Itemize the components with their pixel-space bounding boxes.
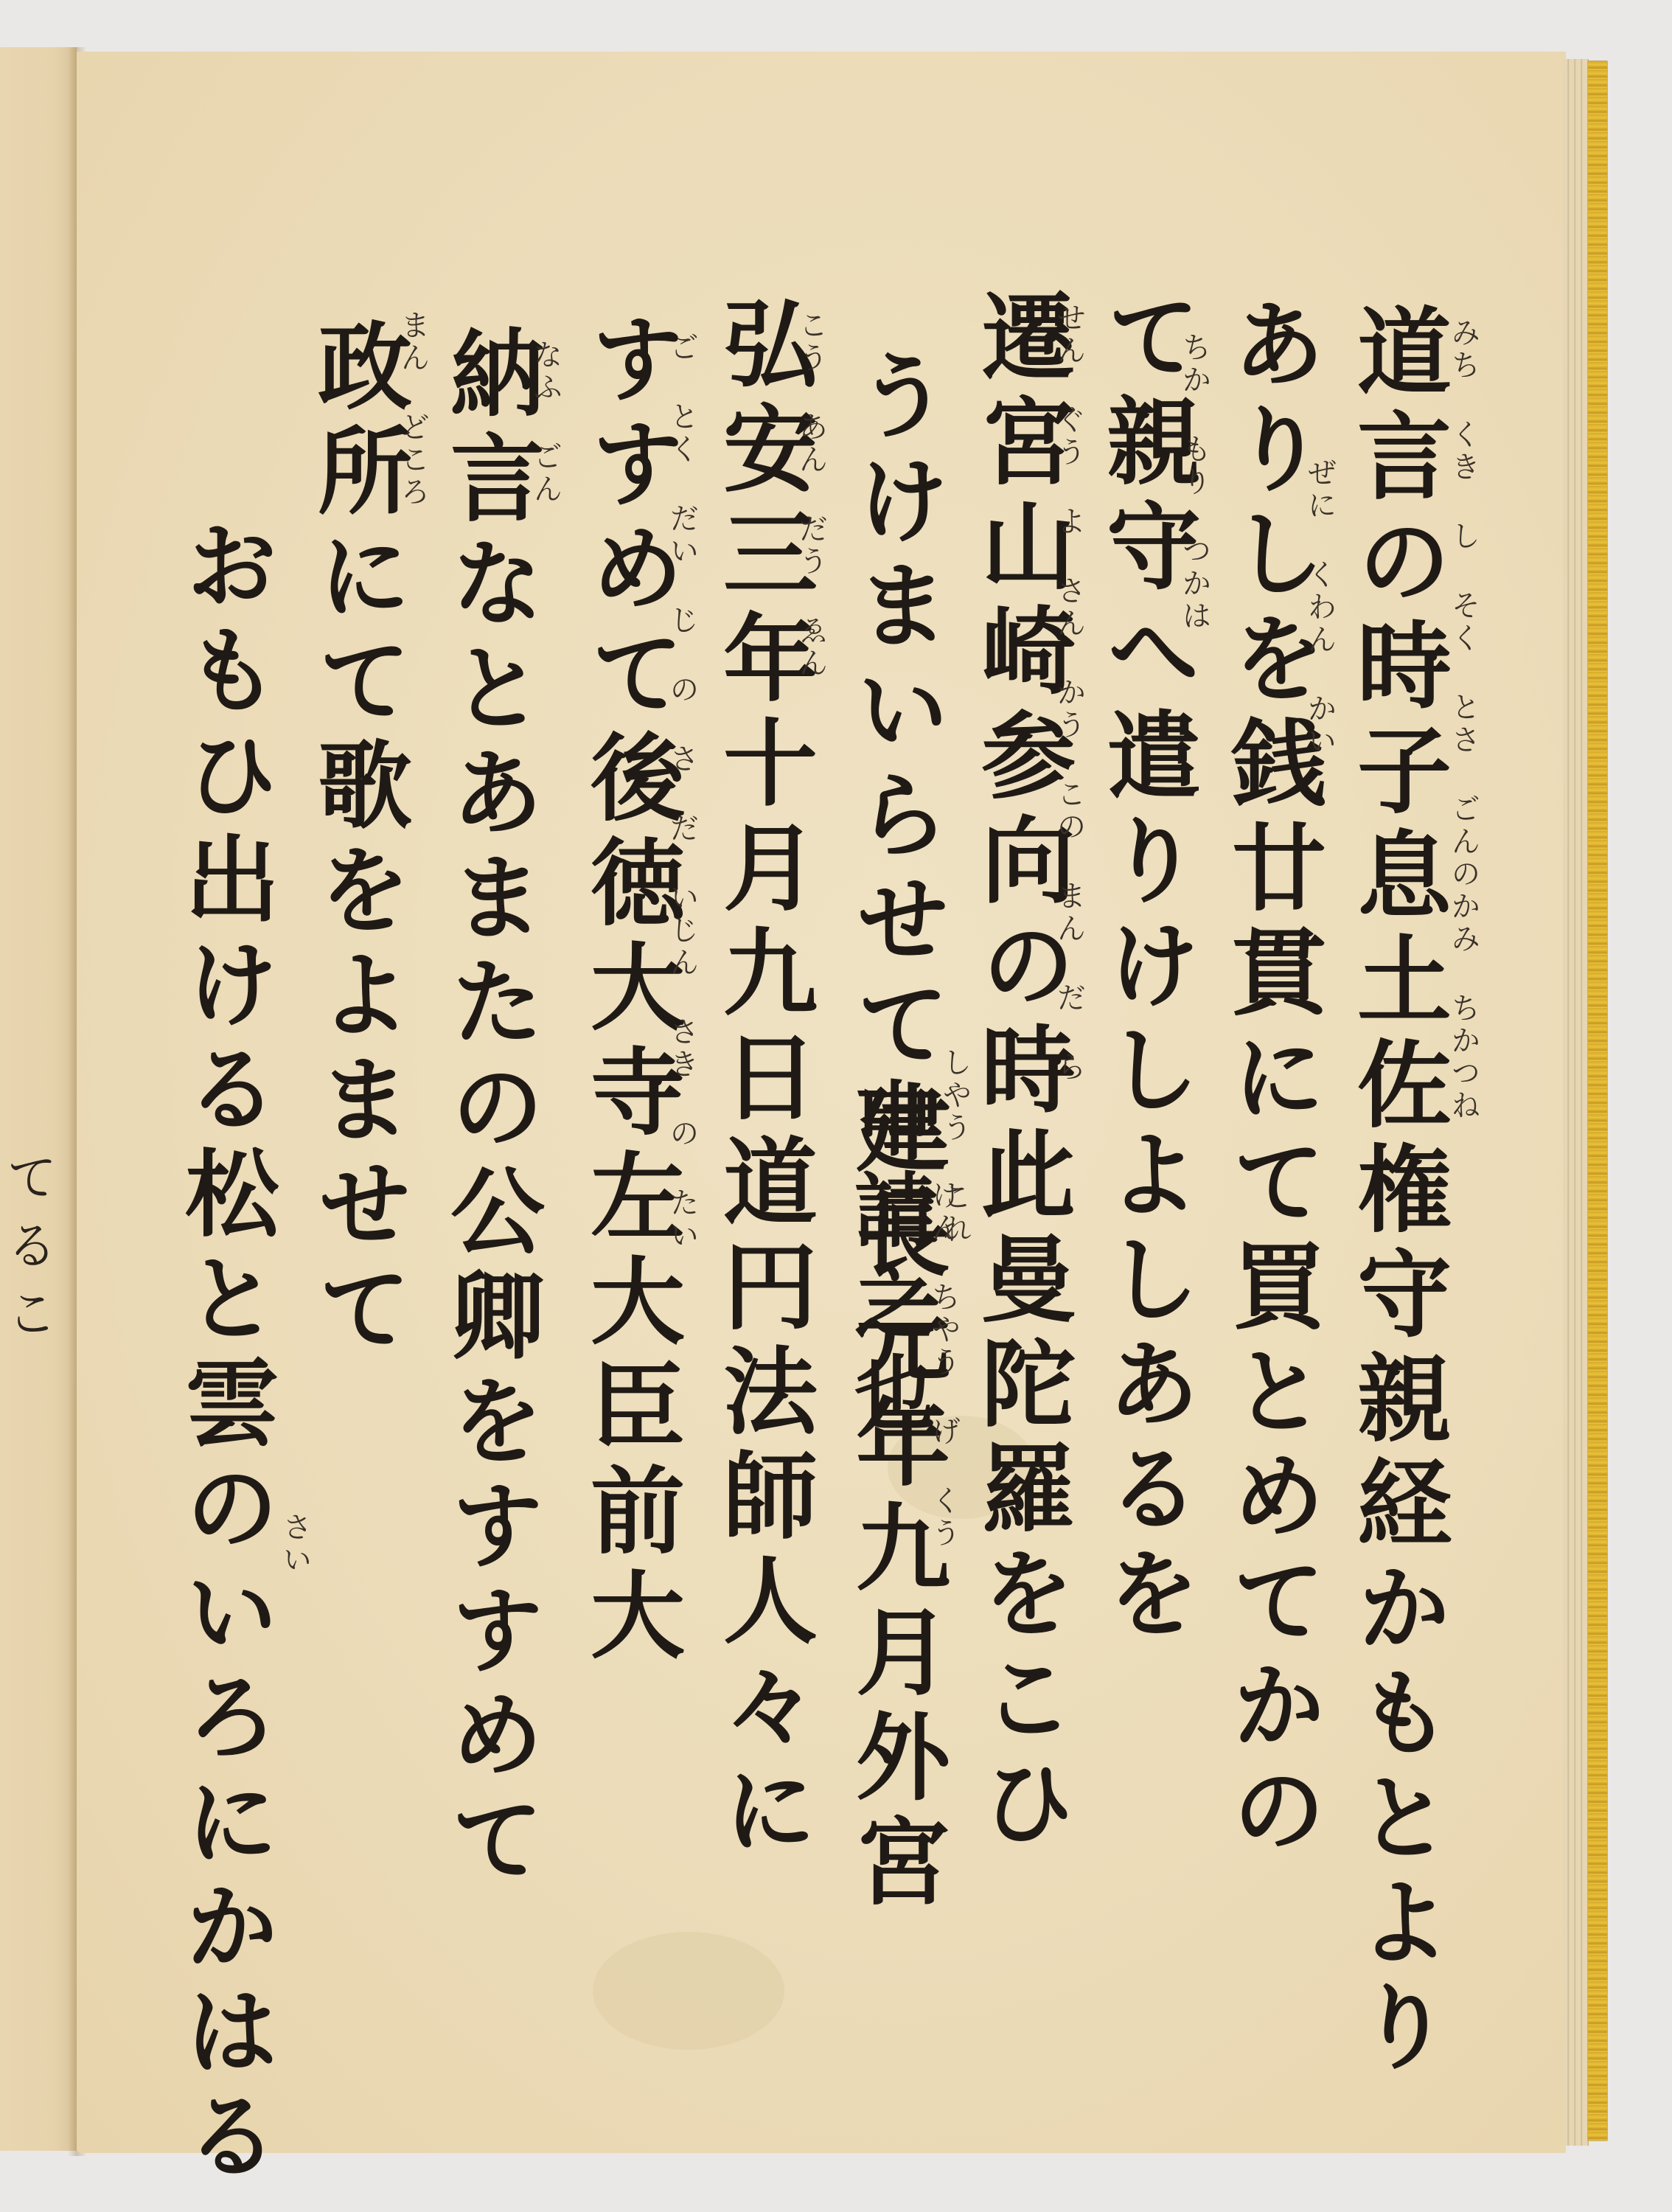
left-page xyxy=(0,47,77,2151)
furigana-column-8: ご とく だい じ の さ だ いじん さき の たい xyxy=(667,332,697,1252)
page-stack-edge xyxy=(1563,59,1589,2146)
gilt-spine-edge xyxy=(1587,60,1608,2141)
furigana-column-11: さい xyxy=(280,1512,310,1576)
furigana-column-6: しやう これ xyxy=(940,1047,969,1246)
furigana-column-7: こう あん だう ゑん xyxy=(796,310,826,680)
text-column-8: すすめて後徳大寺左大臣前大 xyxy=(582,310,677,1671)
furigana-column-9: なふ ごん xyxy=(531,339,560,506)
furigana-column-3: ちか もり つかは xyxy=(1180,332,1209,633)
text-column-1: 道言の時子息土佐権守親経かもとより xyxy=(1349,302,1443,2082)
text-column-11: おもひ出ける松と雲のいろにかはる xyxy=(177,516,271,2191)
paper-stain xyxy=(593,1932,784,2050)
text-column-9: 納言なとあまたの公卿をすすめて xyxy=(442,324,537,1895)
furigana-column-10: まん どころ xyxy=(398,310,428,509)
furigana-column-1: みち くき し そく とさ ごんのかみ ちかつね xyxy=(1449,317,1478,1122)
text-column-6: 申請之也 xyxy=(848,1077,929,1442)
text-column-10: 政所にて歌をよませて xyxy=(310,317,404,1364)
furigana-column-2: ぜに くわん かい xyxy=(1305,457,1334,758)
furigana-column-4: せん ぐう よ さん かう この まん だ ら xyxy=(1054,302,1084,1084)
left-page-partial-text: て る こ xyxy=(0,1150,66,1338)
